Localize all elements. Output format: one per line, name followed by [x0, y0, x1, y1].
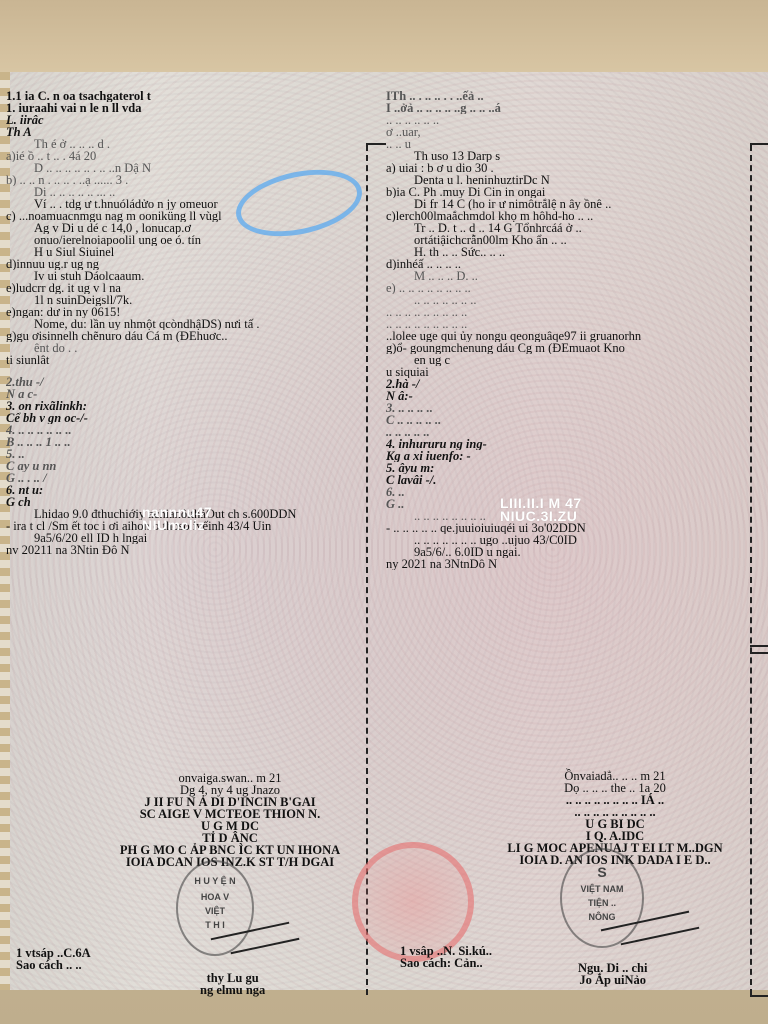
text-line: ti siunlât — [6, 354, 356, 366]
text-line: e) .. .. .. .. .. .. .. .. — [386, 282, 726, 294]
text-line: 1l n suinDeigsll/7k. — [6, 294, 356, 306]
text-line: G .. . .. / — [6, 472, 356, 484]
left-page-text: 1.1 ia C. n oa tsachgaterol t1. iuraahi … — [6, 90, 356, 556]
text-line: L. iirâc — [6, 114, 356, 126]
text-line: 3. .. .. .. .. — [386, 402, 726, 414]
text-line: M .. .. .. D. .. — [386, 270, 726, 282]
text-line: g)gu ơisinnelh chẽnuro dáu Cá m (ĐEhuơc.… — [6, 330, 356, 342]
border-corner — [750, 143, 768, 145]
text-line: 4. .. .. .. .. .. .. — [6, 424, 356, 436]
text-line: 9a5/6/.. 6.0ID u ngai. — [386, 546, 726, 558]
text-line: .. .. .. .. .. — [386, 426, 726, 438]
text-line: d)inhéấ .. .. .. .. — [386, 258, 726, 270]
text-line: Cể bh v gn oc-/- — [6, 412, 356, 424]
text-line: Iv ui stuh Dáolcaaum. — [6, 270, 356, 282]
right-signer-name: Ngu. Di .. chi Jo Ắp uiNảo — [578, 962, 647, 986]
text-line: ny 2021 na 3NtnDô N — [386, 558, 726, 570]
text-line: Tr .. D. t .. d .. 14 G Tổnhrcáá ở .. — [386, 222, 726, 234]
text-line: 1.1 ia C. n oa tsachgaterol t — [6, 90, 356, 102]
page-border-right — [750, 145, 752, 995]
text-line — [6, 366, 356, 376]
text-line: ênt do . . — [6, 342, 356, 354]
border-corner — [750, 995, 768, 997]
text-line: 9a5/6/20 ell ID h lngai — [6, 532, 356, 544]
official-stamp-right: S VIỆT NAM TIỆN .. NÔNG — [560, 848, 644, 948]
text-line: N a c- — [6, 388, 356, 400]
text-line: .. .. u — [386, 138, 726, 150]
border-segment — [750, 645, 768, 647]
text-line: Kg a xi iuenfo: - — [386, 450, 726, 462]
text-line: ITh .. . .. .. . . ..ếả .. — [386, 90, 726, 102]
text-line: I ..ởả .. .. .. .. ..g .. .. ..á — [386, 102, 726, 114]
text-line: 1. iuraahi vai n le n ll vda — [6, 102, 356, 114]
text-line: 6. nt u: — [6, 484, 356, 496]
text-line: e)ludcrr dg. it ug v l na — [6, 282, 356, 294]
border-segment — [750, 652, 768, 654]
text-line: onuo/ierelnoiapoolil ung oe ó. tín — [6, 234, 356, 246]
text-line: H. th .. .. Sức.. .. .. — [386, 246, 726, 258]
text-line: .. .. .. .. .. .. .. .. .. — [386, 306, 726, 318]
text-line: a) uiai : b ơ u dio 30 . — [386, 162, 726, 174]
text-line: ơ ..uar, — [386, 126, 726, 138]
text-line: C ay u nn — [6, 460, 356, 472]
text-line: .. .. .. .. .. .. .. — [386, 294, 726, 306]
text-line: ..lolee uge qui ủy nongu qeonguâqe97 ii … — [386, 330, 726, 342]
text-line: 3. on rixãlinkh: — [6, 400, 356, 412]
text-line: a)ié ồ .. t .. . 4á 20 — [6, 150, 356, 162]
text-line: Nome, du: lần uy nhmột qcòndhậDS) nưi tấ… — [6, 318, 356, 330]
text-line: 5. âyu m: — [386, 462, 726, 474]
border-corner — [366, 143, 386, 145]
text-line: C .. .. .. .. .. — [386, 414, 726, 426]
text-line: en ug c — [386, 354, 726, 366]
text-line: u siquiai — [386, 366, 726, 378]
left-signer-name: thy Lu gu ng elmu nga — [200, 972, 265, 996]
text-line: 2.hà -/ — [386, 378, 726, 390]
text-line: H u Siul Siuinel — [6, 246, 356, 258]
official-stamp-left: H U Y Ệ N HOA V VIỆT T H I — [176, 860, 254, 956]
text-line: B .. .. .. 1 .. .. — [6, 436, 356, 448]
text-line: .. .. .. .. .. .. .. .. .. — [386, 318, 726, 330]
text-line: d)innuu ug.r ug ng — [6, 258, 356, 270]
right-copy-note: 1 vsâp ..N. Si.kú.. Sao cách: Cản.. — [400, 945, 492, 969]
watermark-left: nannnu47 NIUmcliz — [142, 506, 212, 532]
text-line: Th é ở .. .. .. d . — [6, 138, 356, 150]
text-line: 5. .. — [6, 448, 356, 460]
text-line: ortátiậichcrẫn00lm Kho ẩn .. .. — [386, 234, 726, 246]
text-line: .. .. .. .. .. .. .. ugo ..ujuo 43/C0ID — [386, 534, 726, 546]
text-line: C lavâi -/. — [386, 474, 726, 486]
left-signature-block: onvaiga.swan.. m 21Dg 4, ny 4 ug JnazoJ … — [100, 772, 360, 868]
text-line: b)ia C. Ph .muy Di Cin in ongai — [386, 186, 726, 198]
text-line: e)ngan: dư in ny 0615! — [6, 306, 356, 318]
text-line: Denta u l. heninhuztirDc N — [386, 174, 726, 186]
text-line: 4. inhururu ng ing- — [386, 438, 726, 450]
text-line: c)lerch00lmaắchmdol khọ m hôhd-ho .. .. — [386, 210, 726, 222]
text-line: g)ổ- goungmchenung dáu Cg m (ĐEmuaot Kno — [386, 342, 726, 354]
text-line: Th A — [6, 126, 356, 138]
text-line: 2.thu -/ — [6, 376, 356, 388]
text-line: Di fr 14 C (ho ir ư nimôtrắlệ n ây ồnê .… — [386, 198, 726, 210]
left-copy-note: 1 vtsáp ..C.6A Sao cách .. .. — [16, 947, 91, 971]
text-line: Th uso 13 Darp s — [386, 150, 726, 162]
text-line: N â:- — [386, 390, 726, 402]
text-line: nv 20211 na 3Ntin Đô N — [6, 544, 356, 556]
text-line: .. .. .. .. .. .. — [386, 114, 726, 126]
watermark-right: LIII.II.I M 47 NIUC.3I.ZU — [500, 497, 582, 523]
